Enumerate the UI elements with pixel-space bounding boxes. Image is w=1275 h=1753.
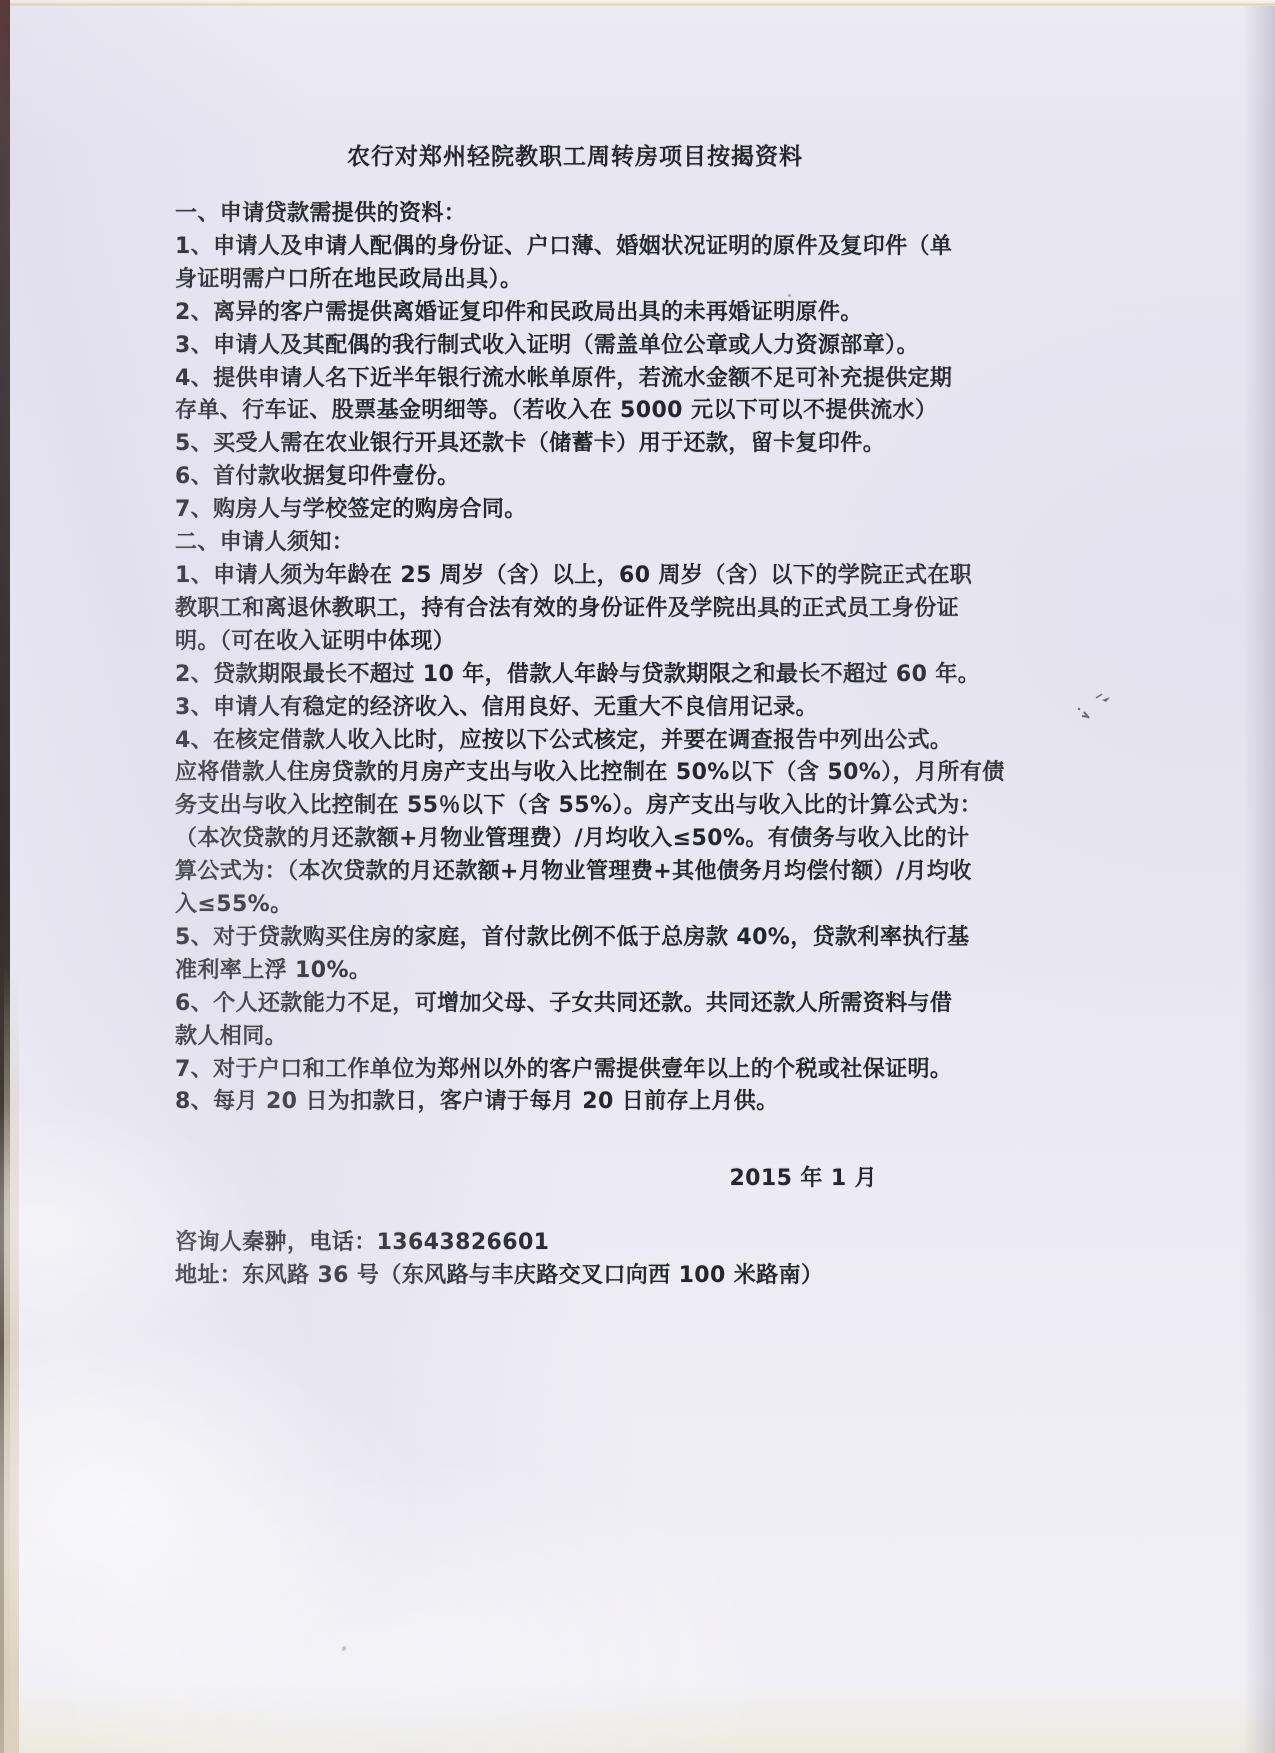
document-line: 5、对于贷款购买住房的家庭，首付款比例不低于总房款 40%，贷款利率执行基 — [175, 922, 1110, 955]
scanned-document-page: 农行对郑州轻院教职工周转房项目按揭资料 一、申请贷款需提供的资料： 1、申请人及… — [0, 0, 1275, 1753]
document-line: 7、购房人与学校签定的购房合同。 — [175, 494, 1110, 527]
scan-left-edge-lower — [4, 964, 19, 1753]
document-line: 6、首付款收据复印件壹份。 — [175, 461, 1110, 494]
document-line: 4、提供申请人名下近半年银行流水帐单原件，若流水金额不足可补充提供定期 — [175, 363, 1110, 396]
document-line: 务支出与收入比控制在 55％以下（含 55%）。房产支出与收入比的计算公式为： — [175, 790, 1110, 823]
document-line: 6、个人还款能力不足，可增加父母、子女共同还款。共同还款人所需资料与借 — [175, 988, 1110, 1021]
document-line: 4、在核定借款人收入比时，应按以下公式核定，并要在调查报告中列出公式。 — [175, 725, 1110, 758]
document-line: 8、每月 20 日为扣款日，客户请于每月 20 日前存上月供。 — [175, 1086, 1110, 1119]
scan-top-edge — [0, 0, 1275, 6]
document-line: 1、申请人须为年龄在 25 周岁（含）以上，60 周岁（含）以下的学院正式在职 — [175, 560, 1110, 593]
date-line: 2015 年 1 月 — [175, 1163, 1110, 1196]
document-line: 二、申请人须知： — [175, 527, 1110, 560]
document-line: 5、买受人需在农业银行开具还款卡（储蓄卡）用于还款，留卡复印件。 — [175, 428, 1110, 461]
document-line: 教职工和离退休教职工，持有合法有效的身份证件及学院出具的正式员工身份证 — [175, 593, 1110, 626]
document-line: 2、贷款期限最长不超过 10 年，借款人年龄与贷款期限之和最长不超过 60 年。 — [175, 659, 1110, 692]
document-line: 7、对于户口和工作单位为郑州以外的客户需提供壹年以上的个税或社保证明。 — [175, 1054, 1110, 1087]
contact-phone-line: 咨询人秦翀，电话：13643826601 — [175, 1227, 1110, 1260]
document-line: 算公式为：（本次贷款的月还款额+月物业管理费+其他债务月均偿付额）/月均收 — [175, 856, 1110, 889]
document-line: 应将借款人住房贷款的月房产支出与收入比控制在 50%以下（含 50%），月所有债 — [175, 757, 1110, 790]
document-line: 款人相同。 — [175, 1021, 1110, 1054]
document-line: 3、申请人及其配偶的我行制式收入证明（需盖单位公章或人力资源部章）。 — [175, 330, 1110, 363]
ink-speck — [788, 294, 791, 297]
contact-address-line: 地址：东风路 36 号（东风路与丰庆路交叉口向西 100 米路南） — [175, 1260, 1110, 1293]
document-line: （本次贷款的月还款额+月物业管理费）/月均收入≤50%。有债务与收入比的计 — [175, 823, 1110, 856]
document-line: 1、申请人及申请人配偶的身份证、户口薄、婚姻状况证明的原件及复印件（单 — [175, 231, 1110, 264]
document-line: 身证明需户口所在地民政局出具）。 — [175, 264, 1110, 297]
document-line: 一、申请贷款需提供的资料： — [175, 198, 1110, 231]
document-line: 2、离异的客户需提供离婚证复印件和民政局出具的未再婚证明原件。 — [175, 297, 1110, 330]
document-line: 准利率上浮 10%。 — [175, 955, 1110, 988]
document-line: 3、申请人有稳定的经济收入、信用良好、无重大不良信用记录。 — [175, 692, 1110, 725]
document-title: 农行对郑州轻院教职工周转房项目按揭资料 — [347, 144, 803, 171]
document-content: 农行对郑州轻院教职工周转房项目按揭资料 一、申请贷款需提供的资料： 1、申请人及… — [175, 142, 1110, 1293]
pen-mark — [1066, 686, 1118, 728]
document-line: 存单、行车证、股票基金明细等。（若收入在 5000 元以下可以不提供流水） — [175, 395, 1110, 428]
ink-speck — [341, 1645, 346, 1651]
document-line: 明。（可在收入证明中体现） — [175, 626, 1110, 659]
document-line: 入≤55%。 — [175, 889, 1110, 922]
